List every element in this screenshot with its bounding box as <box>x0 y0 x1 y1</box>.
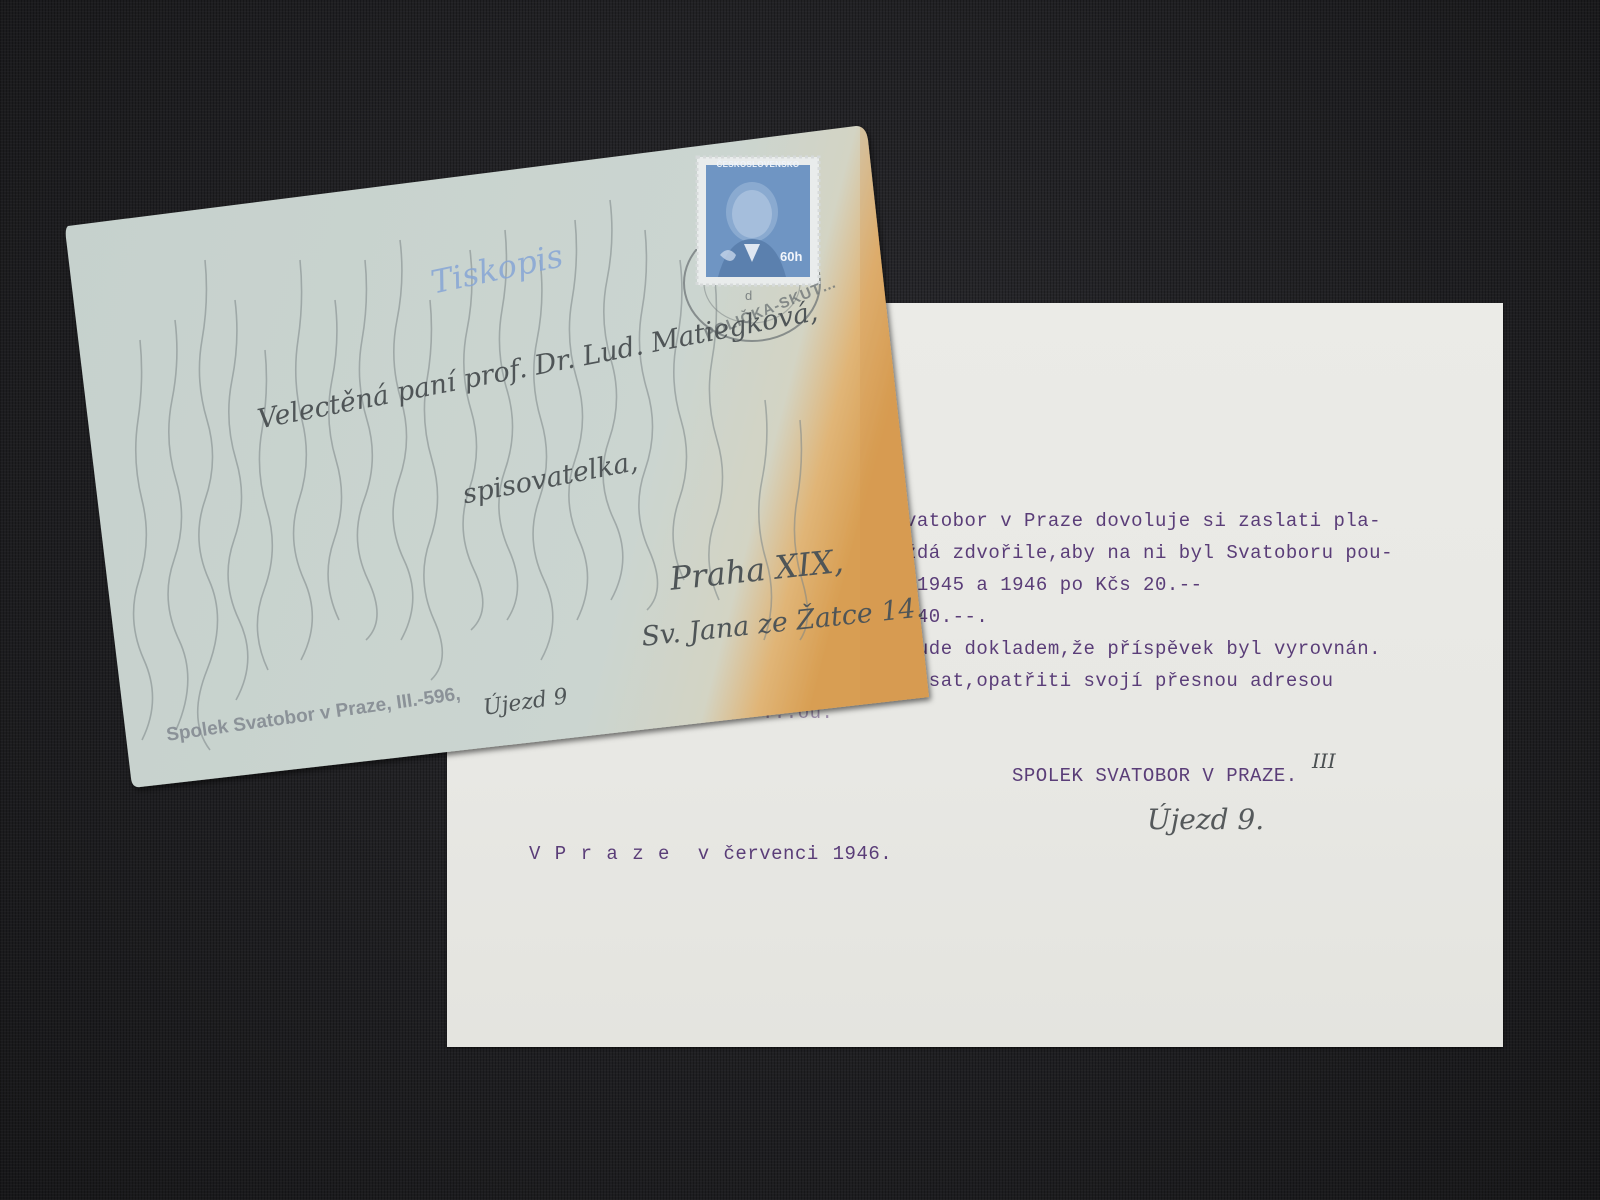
letter-line-5: bude dokladem,že příspěvek byl vyrovnán. <box>905 638 1381 660</box>
signature-handwritten-suffix: III <box>1312 749 1336 773</box>
letter-signature: SPOLEK SVATOBOR V PRAZE. <box>1012 765 1298 787</box>
stamp-country-label: ČESKOSLOVENSKO <box>708 160 808 169</box>
letter-line-1: vatobor v Praze dovoluje si zaslati pla- <box>905 510 1381 532</box>
letter-handwritten-address: Újezd 9. <box>1147 803 1264 836</box>
letter-line-2: ždá zdvořile,aby na ni byl Svatoboru pou… <box>905 542 1393 564</box>
stamp-value: 60h <box>780 249 802 264</box>
letter-partial-line: ...ou. <box>762 702 833 724</box>
postmark-letter: d <box>745 288 752 303</box>
sender-rubber-stamp: Spolek Svatobor v Praze, III.-596, <box>165 684 462 747</box>
letter-date-line: V P r a z e v červenci 1946. <box>529 843 892 865</box>
postage-stamp <box>697 157 819 285</box>
blue-pencil-annotation: Tiskopis <box>428 237 567 302</box>
letter-line-6: psat,opatřiti svojí přesnou adresou <box>905 670 1333 692</box>
letter-line-3: 1945 a 1946 po Kčs 20.-- <box>905 574 1203 596</box>
typewritten-letter: vatobor v Praze dovoluje si zaslati pla-… <box>447 303 1503 1047</box>
